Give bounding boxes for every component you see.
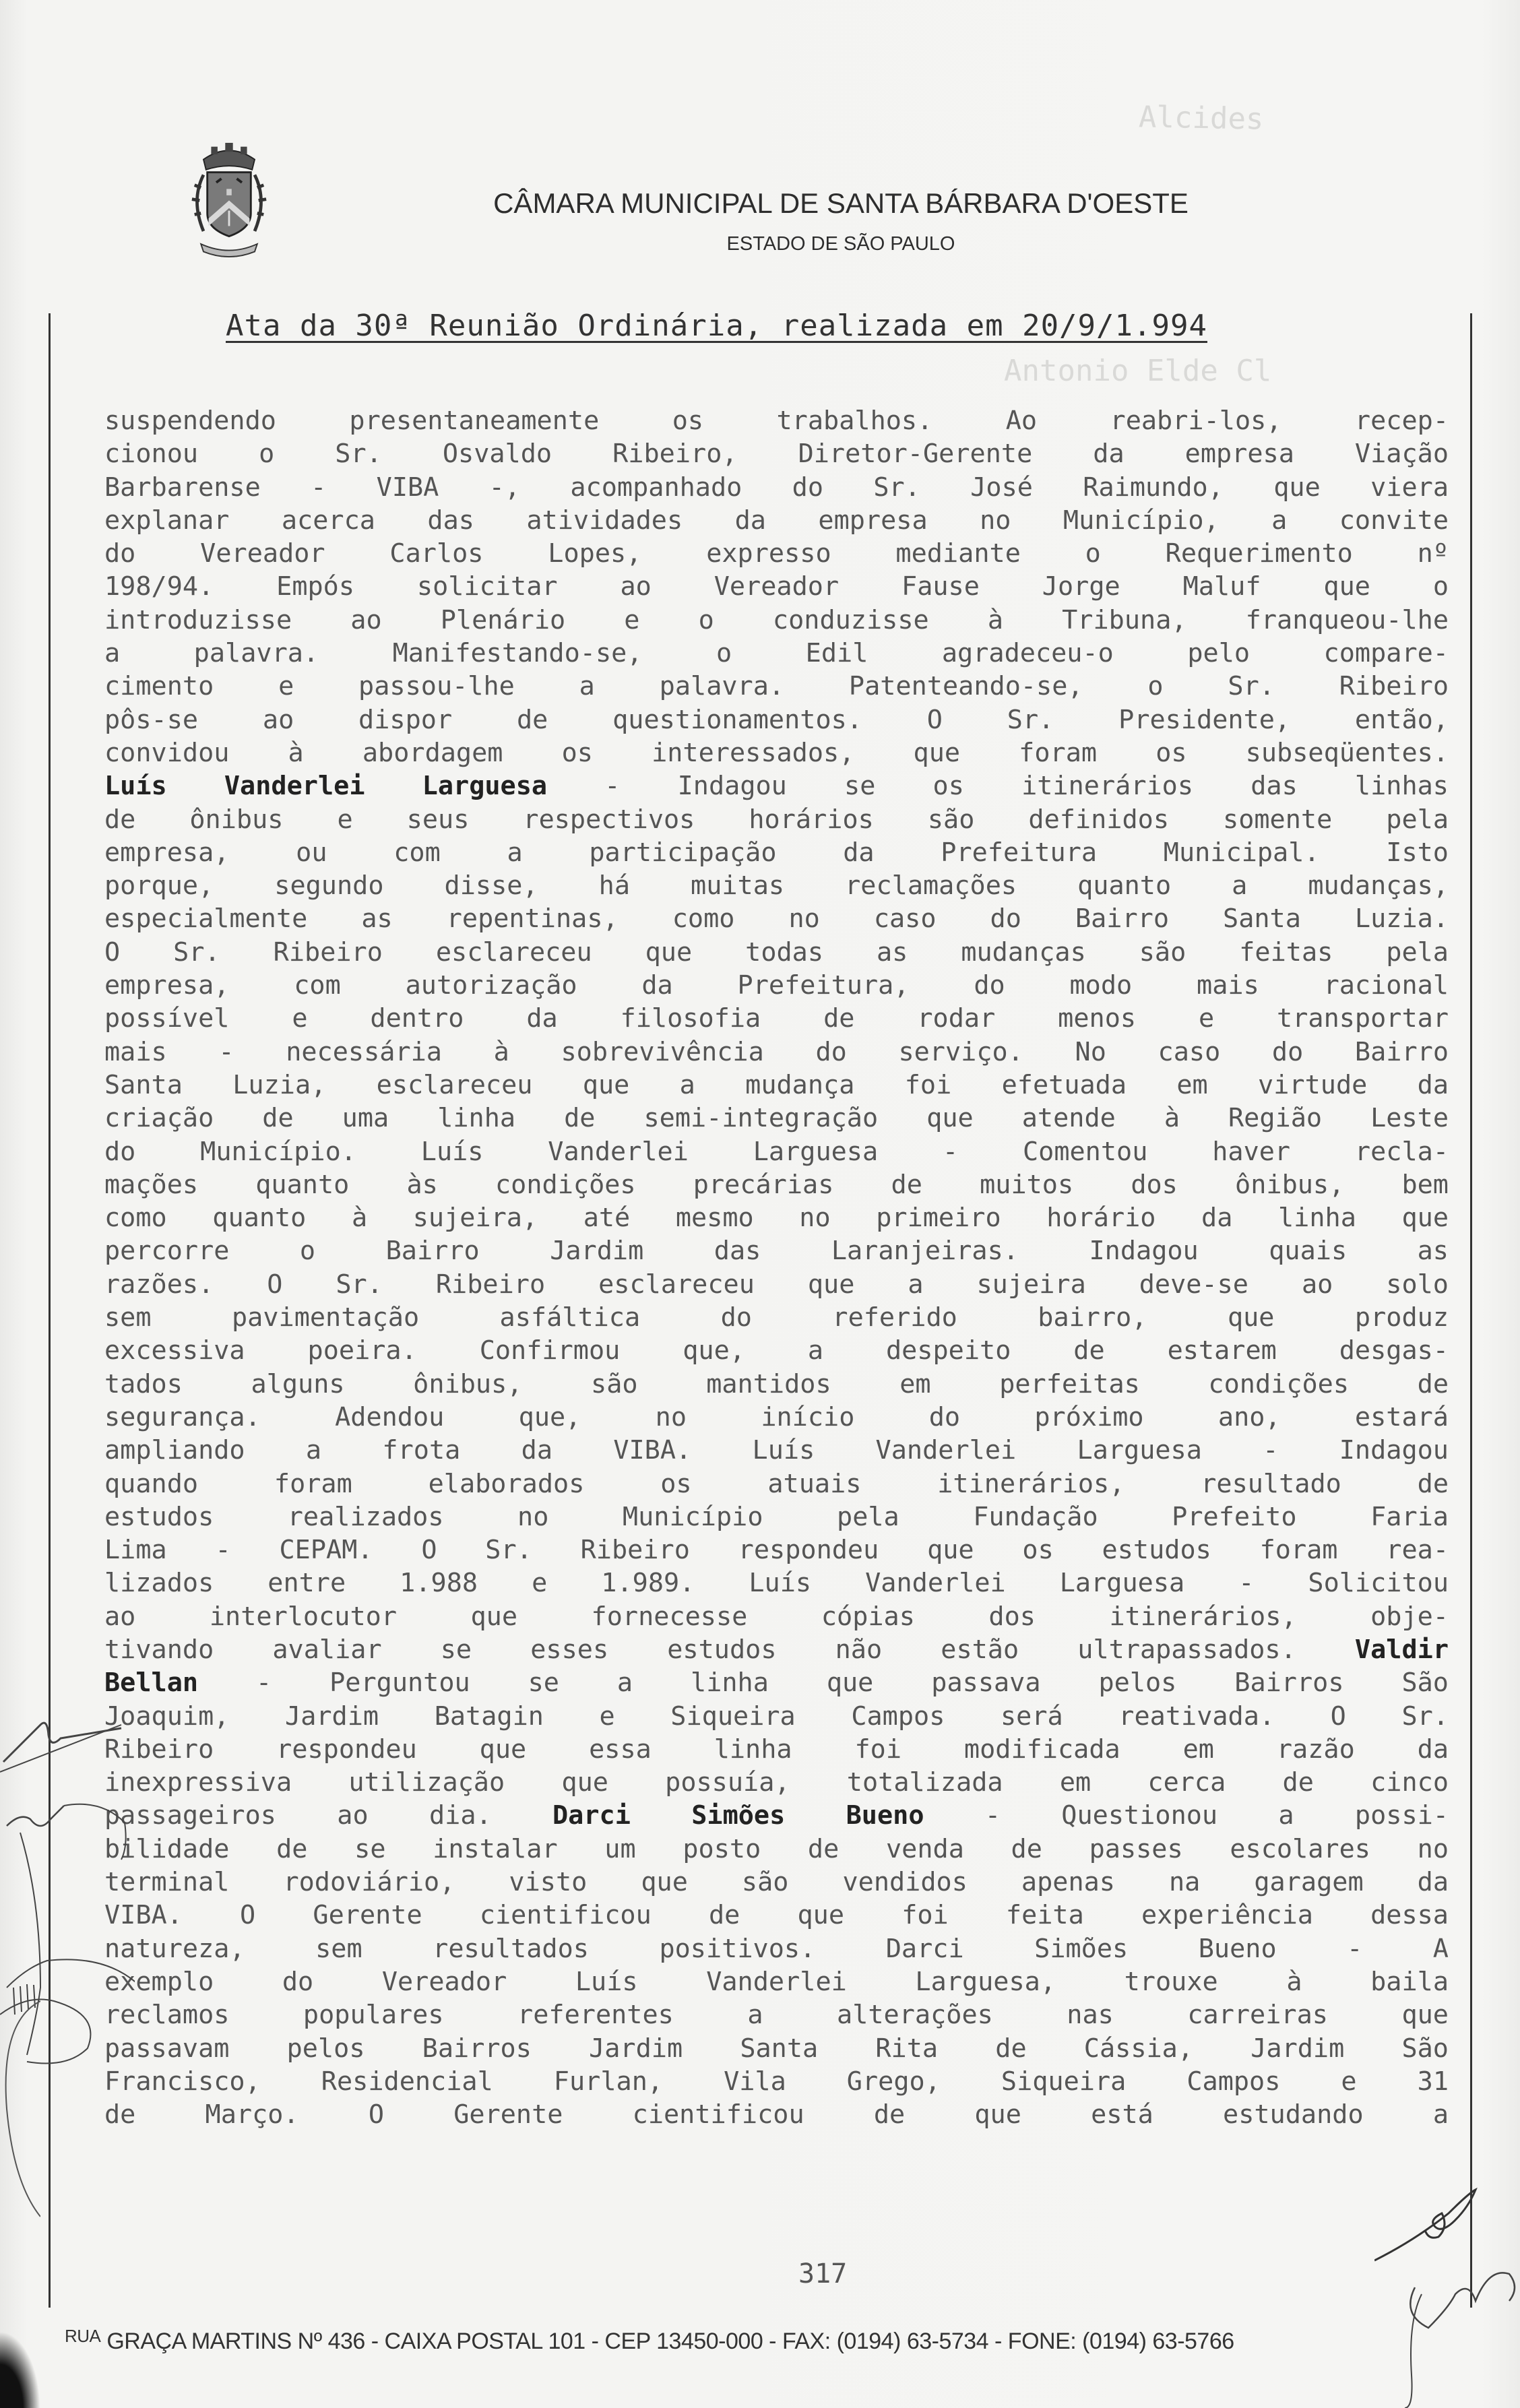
text-line: terminal rodoviário, visto que são vendi… <box>104 1866 1449 1899</box>
text-line: ampliando a frota da VIBA. Luís Vanderle… <box>104 1434 1449 1467</box>
text-line: de Março. O Gerente cientificou de que e… <box>104 2098 1449 2131</box>
text-segment: segurança. Adendou que, no início do pró… <box>104 1402 1449 1432</box>
text-segment: lizados entre 1.988 e 1.989. Luís Vander… <box>104 1568 1449 1598</box>
bleed-through-text: Antonio Elde Cl <box>1004 354 1271 388</box>
text-line: sem pavimentação asfáltica do referido b… <box>104 1301 1449 1334</box>
text-segment: passavam pelos Bairros Jardim Santa Rita… <box>104 2033 1449 2064</box>
text-segment: cimento e passou-lhe a palavra. Patentea… <box>104 671 1449 701</box>
text-segment: empresa, ou com a participação da Prefei… <box>104 837 1449 868</box>
text-line: porque, segundo disse, há muitas reclama… <box>104 869 1449 902</box>
text-segment: exemplo do Vereador Luís Vanderlei Largu… <box>104 1967 1449 1997</box>
text-line: Luís Vanderlei Larguesa - Indagou se os … <box>104 769 1449 802</box>
speaker-name: Bellan <box>104 1668 198 1698</box>
text-segment: tados alguns ônibus, são mantidos em per… <box>104 1369 1449 1399</box>
text-line: empresa, ou com a participação da Prefei… <box>104 836 1449 869</box>
text-line: ao interlocutor que fornecesse cópias do… <box>104 1600 1449 1633</box>
speaker-name: Valdir <box>1355 1635 1449 1665</box>
text-segment: Joaquim, Jardim Batagin e Siqueira Campo… <box>104 1701 1449 1732</box>
text-segment: do Vereador Carlos Lopes, expresso media… <box>104 538 1449 569</box>
text-segment: sem pavimentação asfáltica do referido b… <box>104 1302 1449 1333</box>
text-segment: de Março. O Gerente cientificou de que e… <box>104 2099 1449 2130</box>
text-line: cionou o Sr. Osvaldo Ribeiro, Diretor-Ge… <box>104 437 1449 470</box>
text-line: convidou à abordagem os interessados, qu… <box>104 736 1449 769</box>
text-line: Joaquim, Jardim Batagin e Siqueira Campo… <box>104 1700 1449 1733</box>
text-segment: a palavra. Manifestando-se, o Edil agrad… <box>104 638 1449 668</box>
text-segment: - Questionou a possi- <box>924 1800 1449 1831</box>
text-line: Barbarense - VIBA -, acompanhado do Sr. … <box>104 471 1449 504</box>
text-line: mações quanto às condições precárias de … <box>104 1168 1449 1201</box>
text-segment: razões. O Sr. Ribeiro esclareceu que a s… <box>104 1269 1449 1300</box>
text-segment: empresa, com autorização da Prefeitura, … <box>104 970 1449 1001</box>
text-line: do Município. Luís Vanderlei Larguesa - … <box>104 1135 1449 1168</box>
text-segment: explanar acerca das atividades da empres… <box>104 505 1449 536</box>
text-segment: suspendendo presentaneamente os trabalho… <box>104 406 1449 436</box>
text-segment: percorre o Bairro Jardim das Laranjeiras… <box>104 1236 1449 1266</box>
document-title: Ata da 30ª Reunião Ordinária, realizada … <box>226 309 1207 343</box>
text-line: lizados entre 1.988 e 1.989. Luís Vander… <box>104 1566 1449 1599</box>
text-segment: Ribeiro respondeu que essa linha foi mod… <box>104 1734 1449 1765</box>
text-line: bilidade de se instalar um posto de vend… <box>104 1833 1449 1866</box>
footer-address-text: GRAÇA MARTINS Nº 436 - CAIXA POSTAL 101 … <box>106 2328 1234 2354</box>
text-line: O Sr. Ribeiro esclareceu que todas as mu… <box>104 936 1449 969</box>
text-segment: passageiros ao dia. <box>104 1800 552 1831</box>
page-number: 317 <box>798 2258 847 2289</box>
minutes-body: suspendendo presentaneamente os trabalho… <box>104 404 1449 2131</box>
text-segment: Lima - CEPAM. O Sr. Ribeiro respondeu qu… <box>104 1535 1449 1565</box>
text-segment: Barbarense - VIBA -, acompanhado do Sr. … <box>104 472 1449 503</box>
text-segment: tivando avaliar se esses estudos não est… <box>104 1635 1355 1665</box>
text-segment: mações quanto às condições precárias de … <box>104 1170 1449 1200</box>
text-segment: como quanto à sujeira, até mesmo no prim… <box>104 1203 1449 1233</box>
text-line: Lima - CEPAM. O Sr. Ribeiro respondeu qu… <box>104 1533 1449 1566</box>
text-line: especialmente as repentinas, como no cas… <box>104 902 1449 935</box>
text-segment: estudos realizados no Município pela Fun… <box>104 1502 1449 1532</box>
text-line: natureza, sem resultados positivos. Darc… <box>104 1932 1449 1965</box>
document-page: Alcides Antonio Elde Cl CÂMARA MUNICIPAL… <box>0 0 1520 2408</box>
text-segment: especialmente as repentinas, como no cas… <box>104 904 1449 934</box>
text-segment: possível e dentro da filosofia de rodar … <box>104 1003 1449 1034</box>
text-segment: quando foram elaborados os atuais itiner… <box>104 1469 1449 1499</box>
text-segment: - Perguntou se a linha que passava pelos… <box>198 1668 1449 1698</box>
text-line: passavam pelos Bairros Jardim Santa Rita… <box>104 2032 1449 2065</box>
text-segment: criação de uma linha de semi-integração … <box>104 1103 1449 1133</box>
bleed-through-text: Alcides <box>1139 100 1264 136</box>
frame-border-right <box>1470 313 1472 2308</box>
text-line: pôs-se ao dispor de questionamentos. O S… <box>104 703 1449 736</box>
text-segment: Santa Luzia, esclareceu que a mudança fo… <box>104 1070 1449 1100</box>
text-line: estudos realizados no Município pela Fun… <box>104 1500 1449 1533</box>
text-segment: ampliando a frota da VIBA. Luís Vanderle… <box>104 1435 1449 1465</box>
text-line: tados alguns ônibus, são mantidos em per… <box>104 1368 1449 1401</box>
text-line: reclamos populares referentes a alteraçõ… <box>104 1998 1449 2031</box>
text-segment: terminal rodoviário, visto que são vendi… <box>104 1867 1449 1897</box>
text-line: explanar acerca das atividades da empres… <box>104 504 1449 537</box>
text-line: inexpressiva utilização que possuía, tot… <box>104 1766 1449 1799</box>
text-segment: mais - necessária à sobrevivência do ser… <box>104 1037 1449 1067</box>
text-line: percorre o Bairro Jardim das Laranjeiras… <box>104 1234 1449 1267</box>
organization-name: CÂMARA MUNICIPAL DE SANTA BÁRBARA D'OEST… <box>81 187 1520 220</box>
organization-state: ESTADO DE SÃO PAULO <box>81 233 1520 255</box>
text-segment: O Sr. Ribeiro esclareceu que todas as mu… <box>104 937 1449 968</box>
footer-rua: RUA <box>65 2326 100 2346</box>
text-segment: de ônibus e seus respectivos horários sã… <box>104 804 1449 835</box>
text-line: introduzisse ao Plenário e o conduzisse … <box>104 604 1449 637</box>
text-line: a palavra. Manifestando-se, o Edil agrad… <box>104 637 1449 670</box>
signature-right-bottom <box>1374 2173 1520 2408</box>
text-line: suspendendo presentaneamente os trabalho… <box>104 404 1449 437</box>
text-segment: introduzisse ao Plenário e o conduzisse … <box>104 605 1449 635</box>
text-line: empresa, com autorização da Prefeitura, … <box>104 969 1449 1002</box>
text-line: excessiva poeira. Confirmou que, a despe… <box>104 1334 1449 1367</box>
text-segment: ao interlocutor que fornecesse cópias do… <box>104 1602 1449 1632</box>
text-segment: natureza, sem resultados positivos. Darc… <box>104 1934 1449 1964</box>
text-line: Francisco, Residencial Furlan, Vila Greg… <box>104 2065 1449 2098</box>
text-segment: convidou à abordagem os interessados, qu… <box>104 738 1449 768</box>
text-line: mais - necessária à sobrevivência do ser… <box>104 1036 1449 1069</box>
text-line: Ribeiro respondeu que essa linha foi mod… <box>104 1733 1449 1766</box>
text-line: como quanto à sujeira, até mesmo no prim… <box>104 1201 1449 1234</box>
footer-address: RUA GRAÇA MARTINS Nº 436 - CAIXA POSTAL … <box>65 2326 1234 2355</box>
text-line: criação de uma linha de semi-integração … <box>104 1102 1449 1135</box>
text-line: possível e dentro da filosofia de rodar … <box>104 1002 1449 1035</box>
scan-shadow <box>0 2331 40 2408</box>
text-line: 198/94. Empós solicitar ao Vereador Faus… <box>104 570 1449 603</box>
text-segment: excessiva poeira. Confirmou que, a despe… <box>104 1335 1449 1366</box>
text-line: Bellan - Perguntou se a linha que passav… <box>104 1666 1449 1699</box>
text-line: passageiros ao dia. Darci Simões Bueno -… <box>104 1799 1449 1832</box>
text-line: razões. O Sr. Ribeiro esclareceu que a s… <box>104 1268 1449 1301</box>
text-segment: pôs-se ao dispor de questionamentos. O S… <box>104 705 1449 735</box>
text-line: Santa Luzia, esclareceu que a mudança fo… <box>104 1069 1449 1102</box>
text-segment: 198/94. Empós solicitar ao Vereador Faus… <box>104 571 1449 602</box>
text-segment: porque, segundo disse, há muitas reclama… <box>104 870 1449 901</box>
text-segment: VIBA. O Gerente cientificou de que foi f… <box>104 1900 1449 1930</box>
speaker-name: Darci Simões Bueno <box>552 1800 924 1831</box>
text-segment: cionou o Sr. Osvaldo Ribeiro, Diretor-Ge… <box>104 439 1449 469</box>
signature-left-bottom <box>0 1994 40 2223</box>
text-line: segurança. Adendou que, no início do pró… <box>104 1401 1449 1434</box>
speaker-name: Luís Vanderlei Larguesa <box>104 771 547 801</box>
text-line: do Vereador Carlos Lopes, expresso media… <box>104 537 1449 570</box>
text-line: cimento e passou-lhe a palavra. Patentea… <box>104 670 1449 703</box>
text-line: tivando avaliar se esses estudos não est… <box>104 1633 1449 1666</box>
text-line: exemplo do Vereador Luís Vanderlei Largu… <box>104 1965 1449 1998</box>
text-line: quando foram elaborados os atuais itiner… <box>104 1467 1449 1500</box>
text-segment: do Município. Luís Vanderlei Larguesa - … <box>104 1137 1449 1167</box>
text-segment: bilidade de se instalar um posto de vend… <box>104 1834 1449 1864</box>
text-segment: reclamos populares referentes a alteraçõ… <box>104 2000 1449 2030</box>
text-segment: - Indagou se os itinerários das linhas <box>547 771 1449 801</box>
text-line: VIBA. O Gerente cientificou de que foi f… <box>104 1899 1449 1932</box>
text-segment: inexpressiva utilização que possuía, tot… <box>104 1767 1449 1798</box>
text-line: de ônibus e seus respectivos horários sã… <box>104 803 1449 836</box>
text-segment: Francisco, Residencial Furlan, Vila Greg… <box>104 2066 1449 2097</box>
